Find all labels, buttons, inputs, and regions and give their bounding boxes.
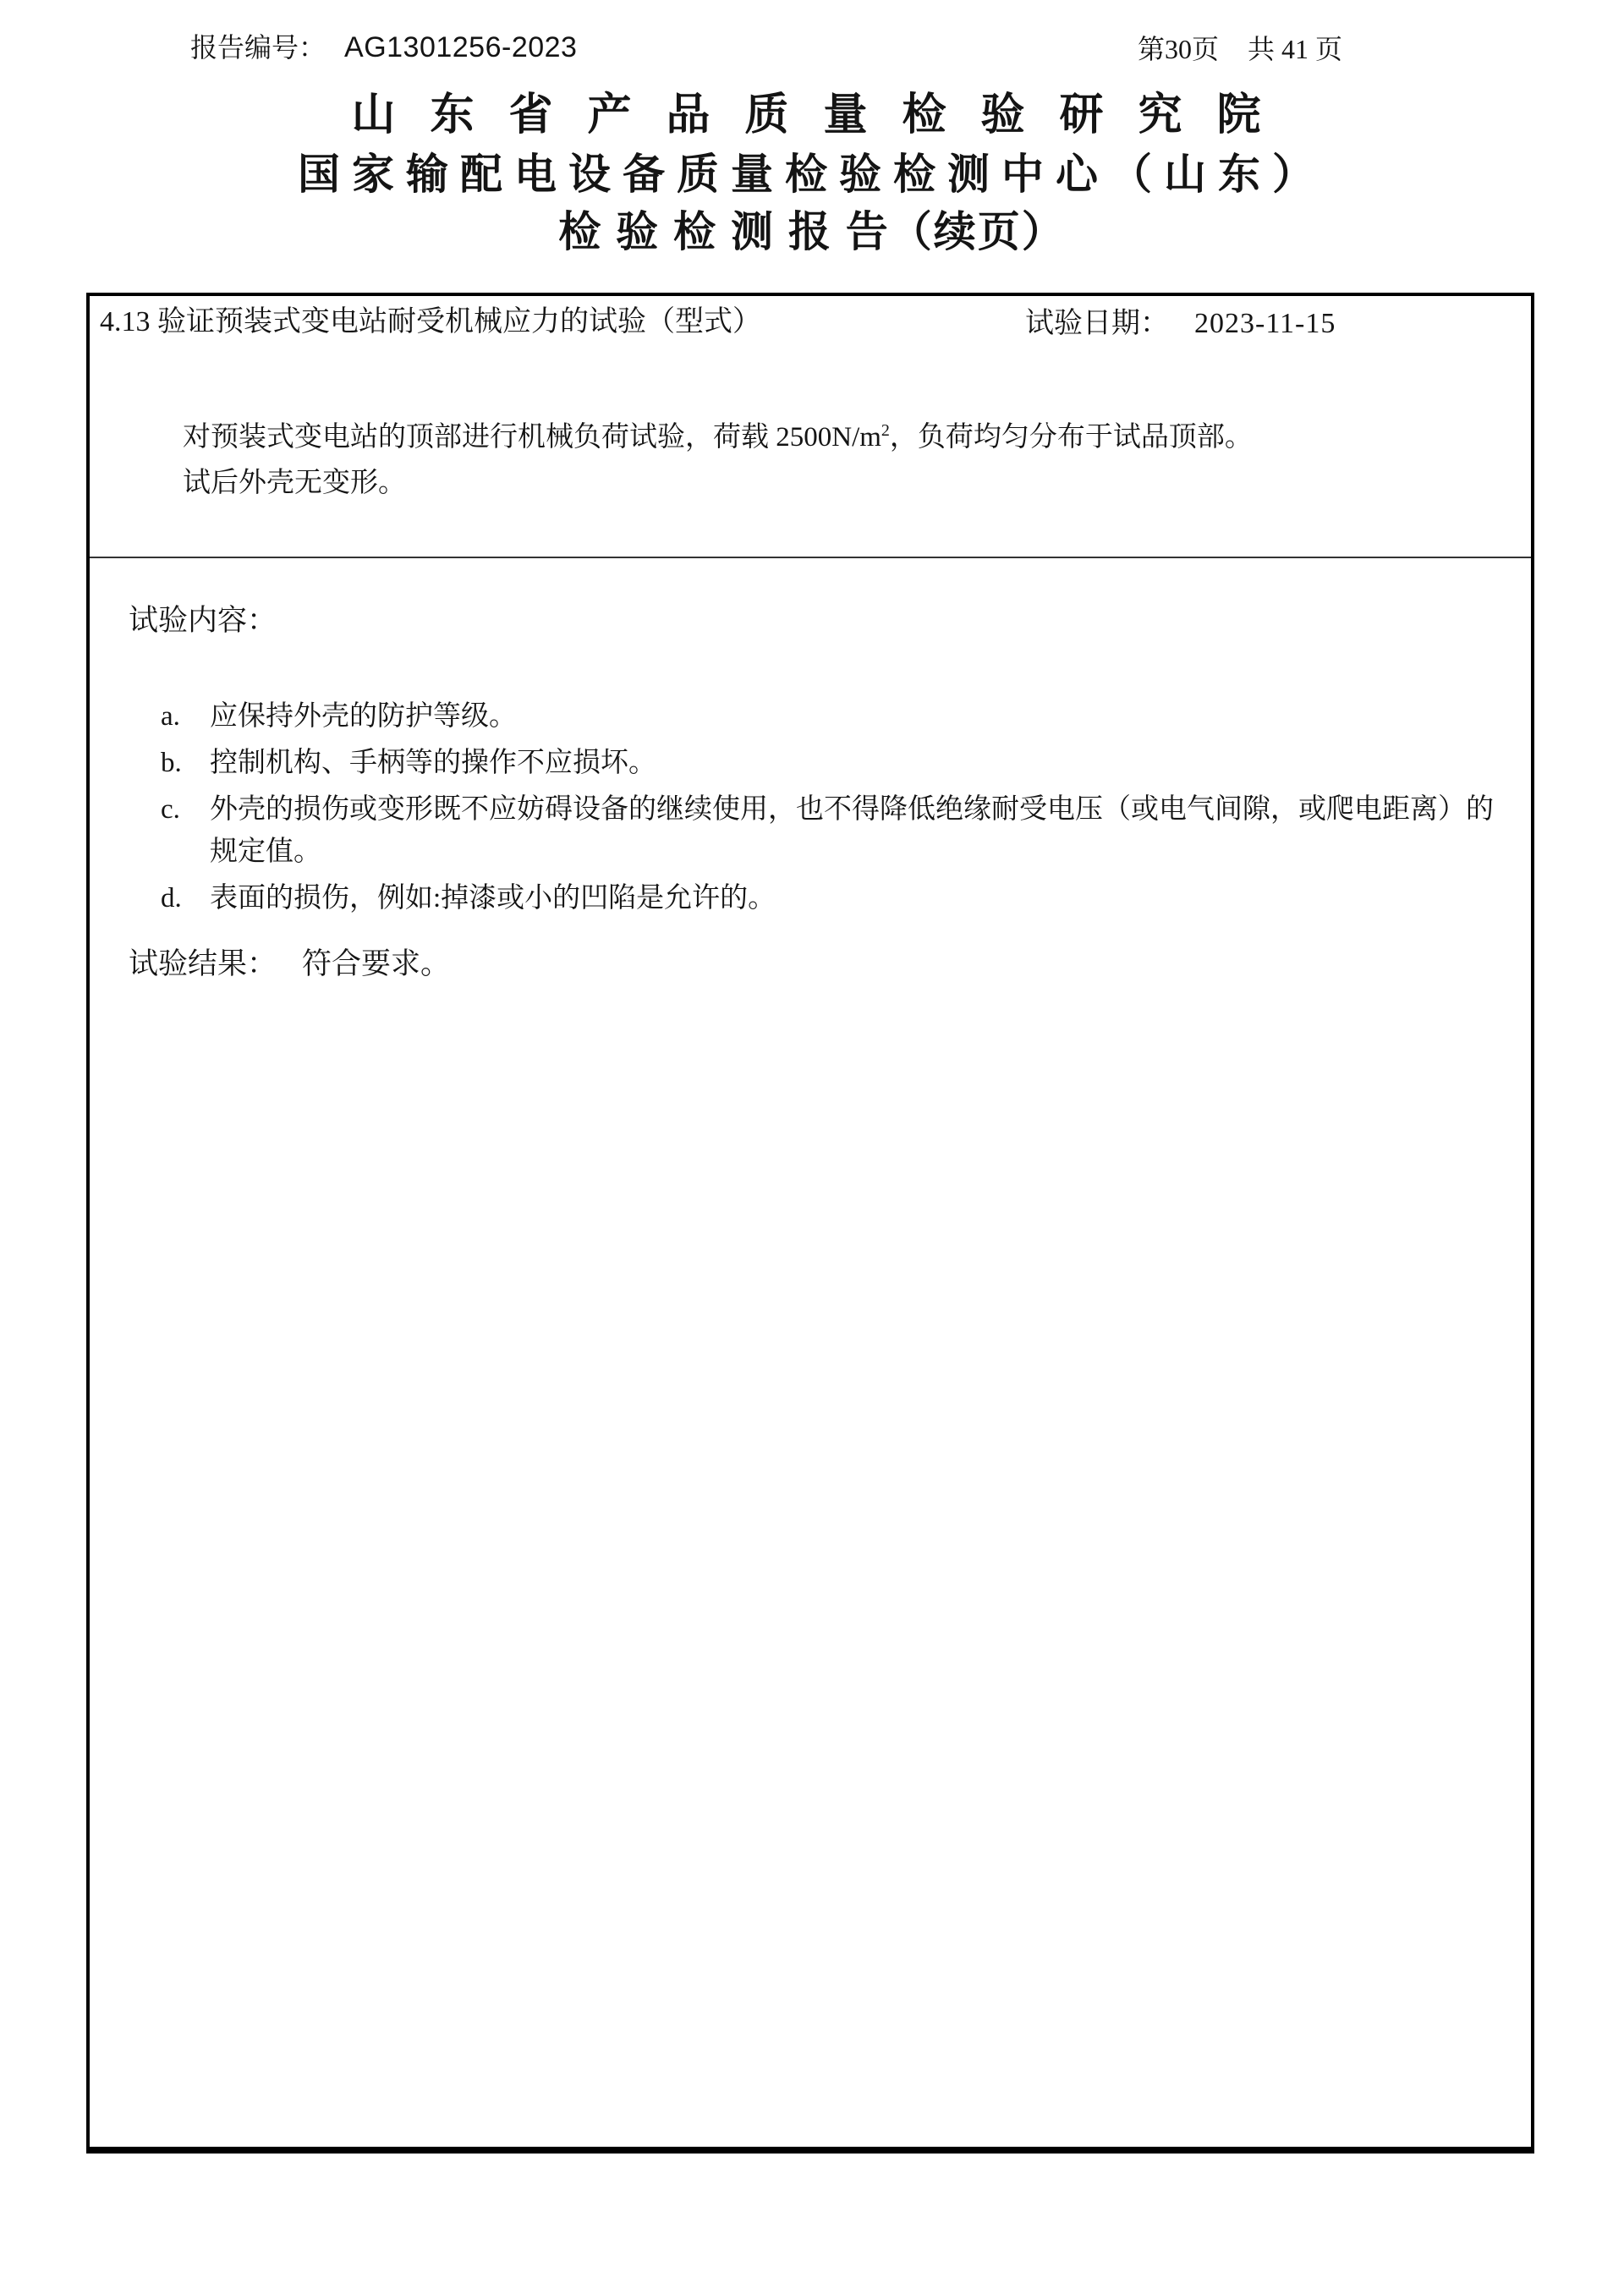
list-item-marker: a. [161, 695, 210, 738]
list-item-marker: b. [161, 742, 210, 784]
test-date-row: 试验日期：2023-11-15 [1025, 305, 1336, 343]
test-result-value: 符合要求。 [302, 947, 450, 980]
section-divider [90, 557, 1531, 558]
summary-text-2: ，负荷均匀分布于试品顶部。 [890, 422, 1253, 453]
report-number-value: AG1301256-2023 [344, 31, 577, 63]
test-content-label: 试验内容： [129, 601, 277, 641]
list-item: c. 外壳的损伤或变形既不应妨碍设备的继续使用，也不得降低绝缘耐受电压（或电气间… [161, 788, 1531, 873]
list-item-text: 表面的损伤，例如:掉漆或小的凹陷是允许的。 [210, 877, 1517, 919]
report-number-row: 报告编号：AG1301256-2023 [190, 30, 577, 64]
list-item-text: 控制机构、手柄等的操作不应损坏。 [210, 742, 1517, 784]
test-date-value: 2023-11-15 [1194, 308, 1336, 339]
list-item-marker: c. [161, 788, 210, 831]
list-item: b. 控制机构、手柄等的操作不应损坏。 [161, 742, 1531, 784]
test-summary-line1: 对预装式变电站的顶部进行机械负荷试验，荷载 2500N/m2，负荷均匀分布于试品… [183, 414, 1519, 460]
test-summary: 对预装式变电站的顶部进行机械负荷试验，荷载 2500N/m2，负荷均匀分布于试品… [183, 414, 1519, 506]
page-total: 共 41 页 [1248, 34, 1342, 64]
list-item: a. 应保持外壳的防护等级。 [161, 695, 1531, 738]
report-page: 报告编号：AG1301256-2023 第30页共 41 页 山 东 省 产 品… [0, 0, 1624, 2288]
test-date-label: 试验日期： [1025, 308, 1169, 339]
test-summary-line2: 试后外壳无变形。 [183, 460, 1519, 506]
page-current: 第30页 [1138, 34, 1219, 64]
report-body-box: 4.13 验证预装式变电站耐受机械应力的试验（型式） 试验日期：2023-11-… [86, 293, 1534, 2154]
test-content-list: a. 应保持外壳的防护等级。 b. 控制机构、手柄等的操作不应损坏。 c. 外壳… [161, 695, 1531, 919]
page-info: 第30页共 41 页 [1138, 32, 1342, 66]
list-item-text: 应保持外壳的防护等级。 [210, 695, 1517, 738]
section-heading: 4.13 验证预装式变电站耐受机械应力的试验（型式） [100, 303, 761, 342]
report-number-label: 报告编号： [190, 32, 326, 63]
institute-title: 山 东 省 产 品 质 量 检 验 研 究 院 [0, 90, 1624, 142]
report-title: 检 验 检 测 报 告（续页） [0, 206, 1624, 257]
list-item-marker: d. [161, 877, 210, 919]
test-result-label: 试验结果： [129, 947, 277, 980]
summary-superscript: 2 [881, 421, 890, 440]
test-result-row: 试验结果：符合要求。 [129, 944, 450, 985]
list-item: d. 表面的损伤，例如:掉漆或小的凹陷是允许的。 [161, 877, 1531, 919]
list-item-text: 外壳的损伤或变形既不应妨碍设备的继续使用，也不得降低绝缘耐受电压（或电气间隙，或… [210, 788, 1517, 873]
center-title: 国家输配电设备质量检验检测中心（山东） [0, 149, 1624, 200]
summary-text-1: 对预装式变电站的顶部进行机械负荷试验，荷载 2500N/m [183, 422, 881, 453]
